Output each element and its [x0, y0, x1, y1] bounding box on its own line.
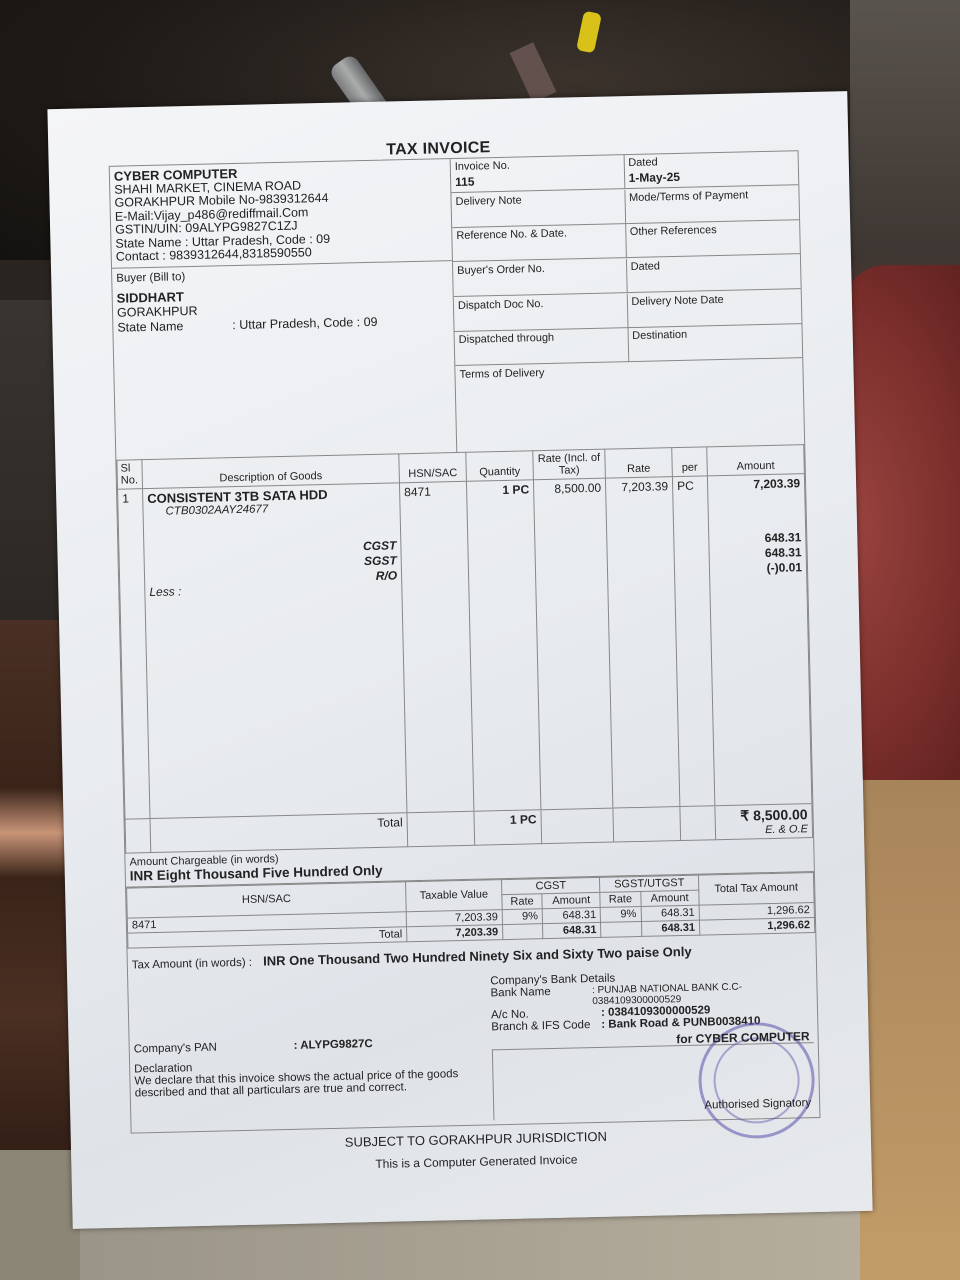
meta-label: Delivery Note — [455, 192, 620, 208]
meta-reference: Reference No. & Date. — [452, 224, 626, 262]
round-off-amount: (-)0.01 — [714, 560, 802, 577]
meta-label: Reference No. & Date. — [456, 227, 621, 243]
tax-words-value: INR One Thousand Two Hundred Ninety Six … — [263, 943, 692, 968]
sgst-amount: 648.31 — [713, 545, 801, 562]
item-description-cell: CONSISTENT 3TB SATA HDD CTB0302AAY24677 … — [143, 482, 407, 818]
pan-label: Company's PAN — [134, 1039, 294, 1055]
total-quantity: 1 PC — [474, 809, 542, 845]
invoice-date: 1-May-25 — [628, 167, 794, 185]
meta-delivery-note-date: Delivery Note Date — [627, 290, 801, 328]
total-spacer — [407, 811, 475, 847]
col-amount: Amount — [707, 444, 805, 475]
party-details: CYBER COMPUTER SHAHI MARKET, CINEMA ROAD… — [110, 159, 458, 459]
meta-delivery-note: Delivery Note — [451, 190, 625, 228]
tax-row-sgst-rate: 9% — [601, 906, 641, 922]
meta-label: Invoice No. — [455, 157, 620, 173]
meta-dated: Dated1-May-25 — [624, 151, 798, 189]
total-amount: ₹ 8,500.00 — [719, 806, 807, 825]
invoice-meta-grid: Invoice No.115 Dated1-May-25 Delivery No… — [451, 151, 805, 451]
meta-destination: Destination — [628, 324, 802, 362]
total-spacer — [541, 808, 614, 844]
meta-dispatch-doc: Dispatch Doc No. — [454, 294, 628, 332]
item-hsn: 8471 — [399, 481, 473, 812]
branch-label: Branch & IFS Code — [491, 1018, 601, 1032]
table-row: 1 CONSISTENT 3TB SATA HDD CTB0302AAY2467… — [118, 473, 812, 819]
tax-row-sgst-amount: 648.31 — [641, 905, 700, 921]
meta-payment-terms: Mode/Terms of Payment — [625, 186, 799, 224]
item-amount-cell: 7,203.39 648.31 648.31 (-)0.01 — [707, 473, 811, 805]
background-cloth-left — [0, 1150, 80, 1280]
footer-spacer — [132, 975, 483, 1043]
tax-col-sgst-amount: Amount — [640, 890, 699, 906]
item-rate: 7,203.39 — [605, 476, 679, 807]
invoice-number: 115 — [455, 171, 620, 189]
tax-col-total: Total Tax Amount — [698, 872, 814, 905]
tax-amounts: 648.31 648.31 (-)0.01 — [713, 530, 802, 577]
col-sl-no: Sl No. — [117, 459, 143, 489]
items-table: Sl No. Description of Goods HSN/SAC Quan… — [116, 444, 813, 854]
buyer-state-value: : Uttar Pradesh, Code : 09 — [232, 314, 378, 332]
col-rate-incl-tax: Rate (Incl. of Tax) — [533, 449, 606, 480]
meta-label: Dispatched through — [459, 330, 624, 346]
buyer-state-label: State Name — [117, 318, 232, 336]
col-per: per — [672, 446, 708, 476]
col-rate: Rate — [605, 447, 673, 478]
meta-label: Buyer's Order No. — [457, 261, 622, 277]
invoice-frame: CYBER COMPUTER SHAHI MARKET, CINEMA ROAD… — [109, 150, 821, 1133]
tax-row-cgst-amount: 648.31 — [542, 907, 601, 923]
eoe: E. & O.E — [720, 823, 808, 837]
pan-value: : ALYPG9827C — [294, 1038, 373, 1052]
buyer-block: Buyer (Bill to) SIDDHART GORAKHPUR State… — [112, 261, 456, 460]
tax-invoice: TAX INVOICE CYBER COMPUTER SHAHI MARKET,… — [108, 132, 821, 1176]
tax-total-spacer — [601, 921, 641, 937]
invoice-paper: TAX INVOICE CYBER COMPUTER SHAHI MARKET,… — [47, 91, 872, 1229]
col-quantity: Quantity — [466, 450, 534, 481]
tax-words-label: Tax Amount (in words) : — [132, 956, 252, 971]
footer-right: Company's Bank Details Bank Name : PUNJA… — [486, 964, 819, 1124]
total-spacer — [125, 818, 151, 853]
col-hsn: HSN/SAC — [399, 452, 467, 483]
total-spacer — [613, 806, 681, 842]
tax-row-cgst-rate: 9% — [502, 908, 542, 924]
footer-left: Company's PAN : ALYPG9827C Declaration W… — [128, 971, 489, 1132]
meta-invoice-no: Invoice No.115 — [451, 155, 625, 193]
tax-total-spacer — [503, 923, 543, 939]
signature-box: for CYBER COMPUTER Authorised Signatory — [492, 1042, 816, 1120]
meta-buyer-order: Buyer's Order No. — [453, 259, 627, 297]
total-amount-cell: ₹ 8,500.00 E. & O.E — [715, 803, 813, 839]
meta-label: Destination — [632, 326, 798, 342]
meta-label: Dated — [628, 153, 794, 169]
signature-label: Authorised Signatory — [704, 1097, 811, 1111]
tax-col-cgst-amount: Amount — [542, 892, 601, 908]
tax-total-taxable: 7,203.39 — [407, 924, 503, 941]
meta-order-dated: Dated — [626, 255, 800, 293]
seller-block: CYBER COMPUTER SHAHI MARKET, CINEMA ROAD… — [110, 159, 452, 268]
meta-label: Delivery Note Date — [631, 292, 797, 308]
bank-name-label: Bank Name — [490, 985, 592, 1009]
meta-label: Dispatch Doc No. — [458, 296, 623, 312]
meta-label: Dated — [630, 257, 796, 273]
total-label: Total — [150, 812, 408, 852]
meta-label: Mode/Terms of Payment — [629, 188, 795, 204]
meta-other-references: Other References — [626, 220, 800, 258]
meta-dispatched-through: Dispatched through — [455, 328, 629, 366]
tax-col-sgst-rate: Rate — [600, 891, 640, 907]
total-spacer — [680, 805, 716, 840]
tax-total-sgst: 648.31 — [641, 920, 700, 936]
tax-col-taxable: Taxable Value — [406, 879, 503, 911]
tax-total-cgst: 648.31 — [543, 922, 602, 938]
meta-label: Other References — [630, 223, 796, 239]
meta-terms-of-delivery: Terms of Delivery — [455, 359, 804, 451]
tax-col-cgst-rate: Rate — [502, 893, 542, 909]
invoice-footer: Company's PAN : ALYPG9827C Declaration W… — [128, 964, 819, 1133]
item-quantity: 1 PC — [466, 479, 540, 810]
item-amount: 7,203.39 — [712, 476, 800, 492]
invoice-header: CYBER COMPUTER SHAHI MARKET, CINEMA ROAD… — [110, 151, 804, 459]
cgst-amount: 648.31 — [713, 530, 801, 547]
item-rate-incl-tax: 8,500.00 — [533, 478, 612, 810]
